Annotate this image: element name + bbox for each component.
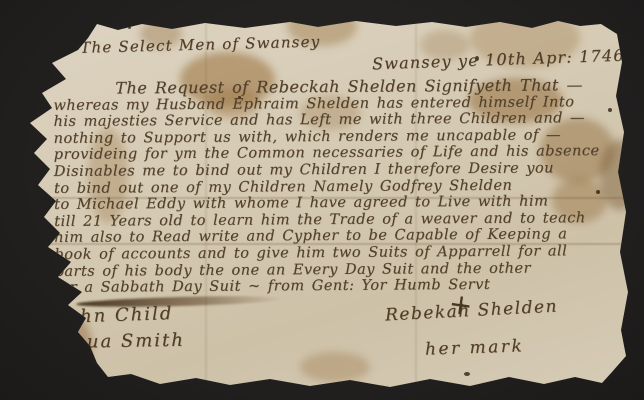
ink-speck xyxy=(352,12,356,16)
stain xyxy=(300,352,370,382)
manuscript-paper: To The Select Men of Swansey Swansey ye … xyxy=(0,0,644,400)
witness-signature-joshua-smith: Joshua Smith xyxy=(40,330,185,354)
ink-speck xyxy=(608,108,612,112)
salutation-line: To The Select Men of Swansey xyxy=(54,33,321,58)
her-mark-cross-icon: + xyxy=(447,287,475,323)
stain xyxy=(600,140,640,210)
place-dateline: Swansey ye 10th Apr: 1746 xyxy=(372,46,625,74)
photo-background: To The Select Men of Swansey Swansey ye … xyxy=(0,0,644,400)
stain xyxy=(20,308,92,380)
her-mark-label: her mark xyxy=(425,336,525,359)
ink-speck xyxy=(128,26,131,29)
ink-speck xyxy=(464,372,470,376)
body-line: for a Sabbath Day Suit ~ from Gent: Yor … xyxy=(55,276,601,296)
witness-signature-john-child: John Child xyxy=(58,303,174,328)
petition-body: The Request of Rebeckah Shelden Signifye… xyxy=(53,77,600,297)
